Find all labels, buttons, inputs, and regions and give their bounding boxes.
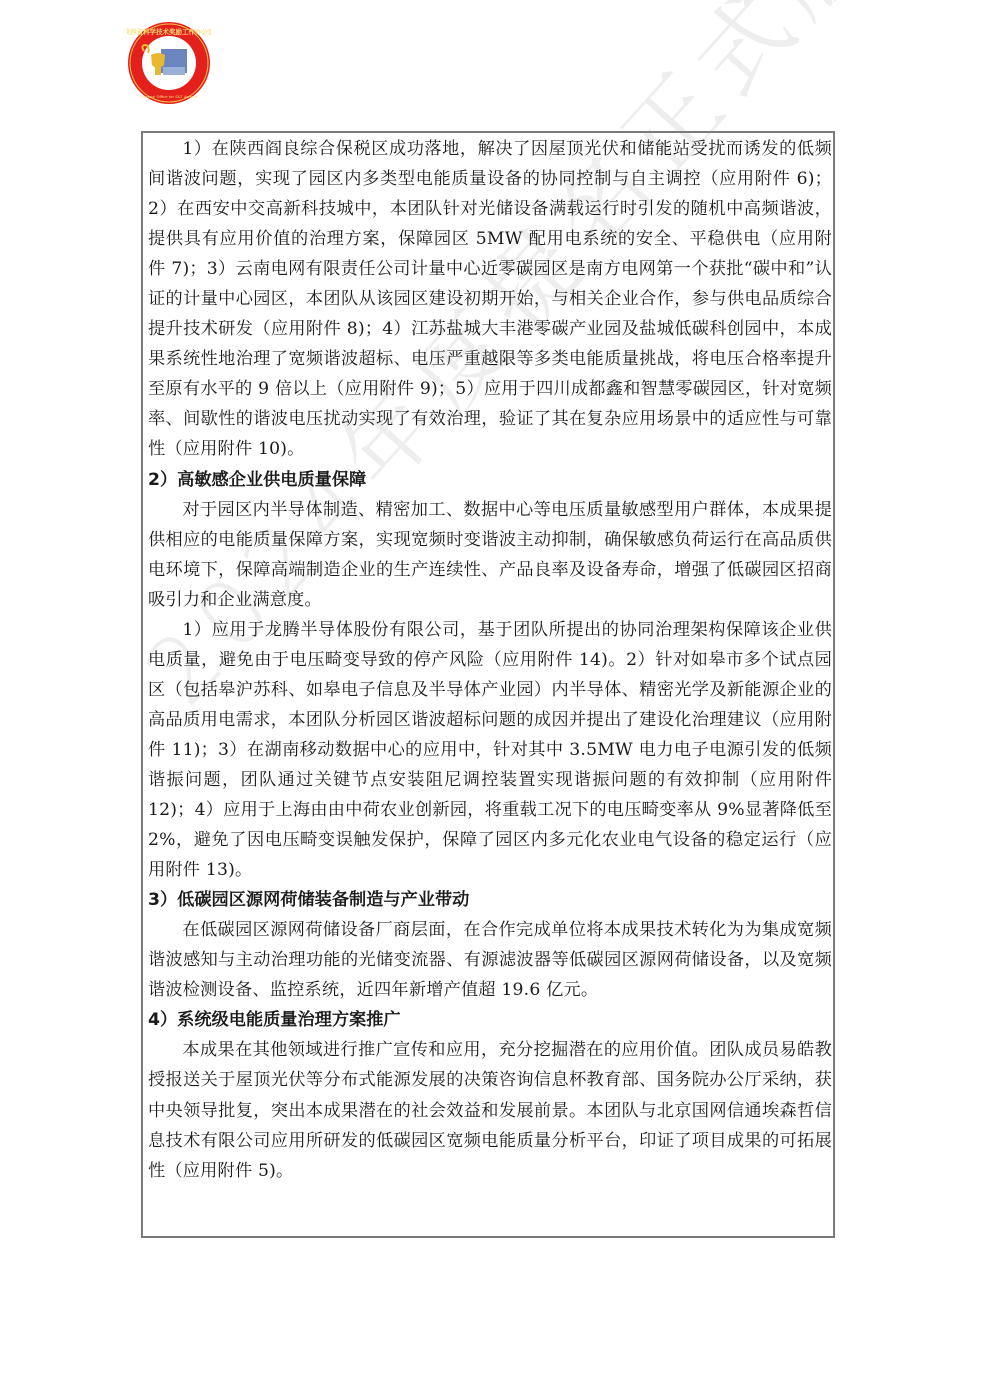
heading-system-promotion: 4）系统级电能质量治理方案推广 (148, 1005, 832, 1035)
paragraph-park-applications: 1）在陕西阎良综合保税区成功落地，解决了因屋顶光伏和储能站受扰而诱发的低频间谐波… (148, 134, 832, 465)
paragraph-sensitive-enterprise-cases: 1）应用于龙腾半导体股份有限公司，基于团队所提出的协同治理架构保障该企业供电质量… (148, 615, 832, 885)
seal-logo-icon: 陕西省科学技术奖励工作办公室 Shaanxi Office for S&T Aw… (127, 21, 211, 105)
heading-equipment-manufacturing: 3）低碳园区源网荷储装备制造与产业带动 (148, 885, 832, 915)
paragraph-equipment-manufacturing: 在低碳园区源网荷储设备厂商层面，在合作完成单位将本成果技术转化为为集成宽频谐波感… (148, 915, 832, 1005)
paragraph-sensitive-enterprise-intro: 对于园区内半导体制造、精密加工、数据中心等电压质量敏感型用户群体，本成果提供相应… (148, 495, 832, 615)
svg-text:Shaanxi Office for S&T Awards: Shaanxi Office for S&T Awards (140, 94, 198, 99)
heading-sensitive-enterprise: 2）高敏感企业供电质量保障 (148, 465, 832, 495)
document-body: 1）在陕西阎良综合保税区成功落地，解决了因屋顶光伏和储能站受扰而诱发的低频间谐波… (148, 134, 832, 1186)
paragraph-system-promotion: 本成果在其他领域进行推广宣传和应用，充分挖掘潜在的应用价值。团队成员易皓教授报送… (148, 1035, 832, 1185)
svg-text:陕西省科学技术奖励工作办公室: 陕西省科学技术奖励工作办公室 (127, 27, 211, 36)
